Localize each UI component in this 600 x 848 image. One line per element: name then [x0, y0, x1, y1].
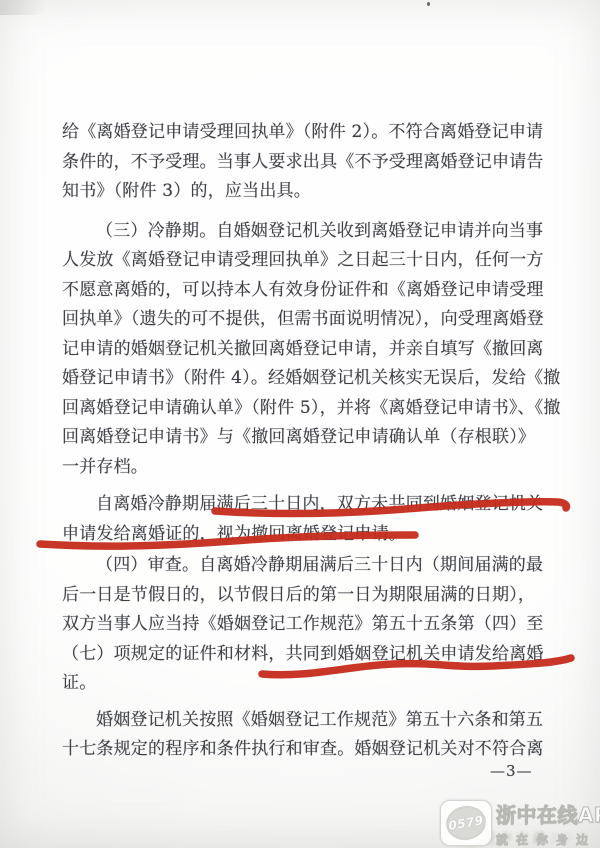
- paragraph: 给《离婚登记申请受理回执单》（附件 2）。不符合离婚登记申请条件的，不予受理。当…: [62, 118, 558, 207]
- document-line: 双方当事人应当持《婚姻登记工作规范》第五十五条第（四）至: [62, 610, 558, 640]
- document-line: 婚登记申请书》（附件 4）。经婚姻登记机关核实无误后，发给《撤: [62, 364, 558, 394]
- watermark-texts: 浙中在线APP 就在你身边: [496, 799, 596, 848]
- scanned-document-page: 给《离婚登记申请受理回执单》（附件 2）。不符合离婚登记申请条件的，不予受理。当…: [0, 0, 600, 848]
- paragraph: （三）冷静期。自婚姻登记机关收到离婚登记申请并向当事人发放《离婚登记申请受理回执…: [62, 217, 558, 483]
- paragraph: 自离婚冷静期届满后三十日内，双方未共同到婚姻登记机关申请发给离婚证的，视为撤回离…: [62, 490, 558, 549]
- watermark: 浙中在线APP 0579 浙中在线APP 就在你身边: [438, 796, 598, 848]
- document-line: 人发放《离婚登记申请受理回执单》之日起三十日内，任何一方: [62, 246, 558, 276]
- document-text: 给《离婚登记申请受理回执单》（附件 2）。不符合离婚登记申请条件的，不予受理。当…: [62, 118, 558, 765]
- document-line: 回离婚登记申请书》与《撤回离婚登记申请确认单（存根联）》: [62, 423, 558, 453]
- document-line: 回执单》（遗失的可不提供，但需书面说明情况），向受理离婚登: [62, 305, 558, 335]
- paper-speck: [427, 2, 430, 6]
- watermark-tagline: 就在你身边: [496, 831, 596, 848]
- document-line: 一并存档。: [62, 453, 558, 483]
- document-line: 给《离婚登记申请受理回执单》（附件 2）。不符合离婚登记申请: [62, 118, 558, 148]
- document-line: （四）审查。自离婚冷静期届满后三十日内（期间届满的最: [62, 551, 558, 581]
- document-line: 条件的，不予受理。当事人要求出具《不予受理离婚登记申请告: [62, 148, 558, 178]
- watermark-app-name: 浙中在线APP: [496, 799, 596, 828]
- document-line: 证。: [62, 669, 558, 699]
- document-line: 回离婚登记申请确认单》（附件 5），并将《离婚登记申请书》、《撤: [62, 394, 558, 424]
- document-line: （七）项规定的证件和材料，共同到婚姻登记机关申请发给离婚: [62, 640, 558, 670]
- document-line: 自离婚冷静期届满后三十日内，双方未共同到婚姻登记机关: [62, 490, 558, 520]
- paragraph: 婚姻登记机关按照《婚姻登记工作规范》第五十六条和第五十七条规定的程序和条件执行和…: [62, 706, 558, 765]
- document-line: 申请发给离婚证的，视为撤回离婚登记申请。: [62, 520, 558, 550]
- document-line: 婚姻登记机关按照《婚姻登记工作规范》第五十六条和第五: [62, 706, 558, 736]
- document-line: （三）冷静期。自婚姻登记机关收到离婚登记申请并向当事: [62, 217, 558, 247]
- watermark-logo: 0579: [440, 800, 492, 846]
- document-line: 后一日是节假日的，以节假日后的第一日为期限届满的日期），: [62, 581, 558, 611]
- document-line: 记申请的婚姻登记机关撤回离婚登记申请，并亲自填写《撤回离: [62, 335, 558, 365]
- document-line: 知书》（附件 3）的，应当出具。: [62, 177, 558, 207]
- page-number: —3—: [490, 762, 533, 780]
- watermark-logo-emblem-icon: 0579: [443, 803, 488, 843]
- watermark-logo-code: 0579: [447, 813, 484, 833]
- paper-smudge: [0, 0, 46, 15]
- document-line: 十七条规定的程序和条件执行和审查。婚姻登记机关对不符合离: [62, 735, 558, 765]
- document-line: 不愿意离婚的，可以持本人有效身份证件和《离婚登记申请受理: [62, 276, 558, 306]
- paragraph: （四）审查。自离婚冷静期届满后三十日内（期间届满的最后一日是节假日的，以节假日后…: [62, 551, 558, 699]
